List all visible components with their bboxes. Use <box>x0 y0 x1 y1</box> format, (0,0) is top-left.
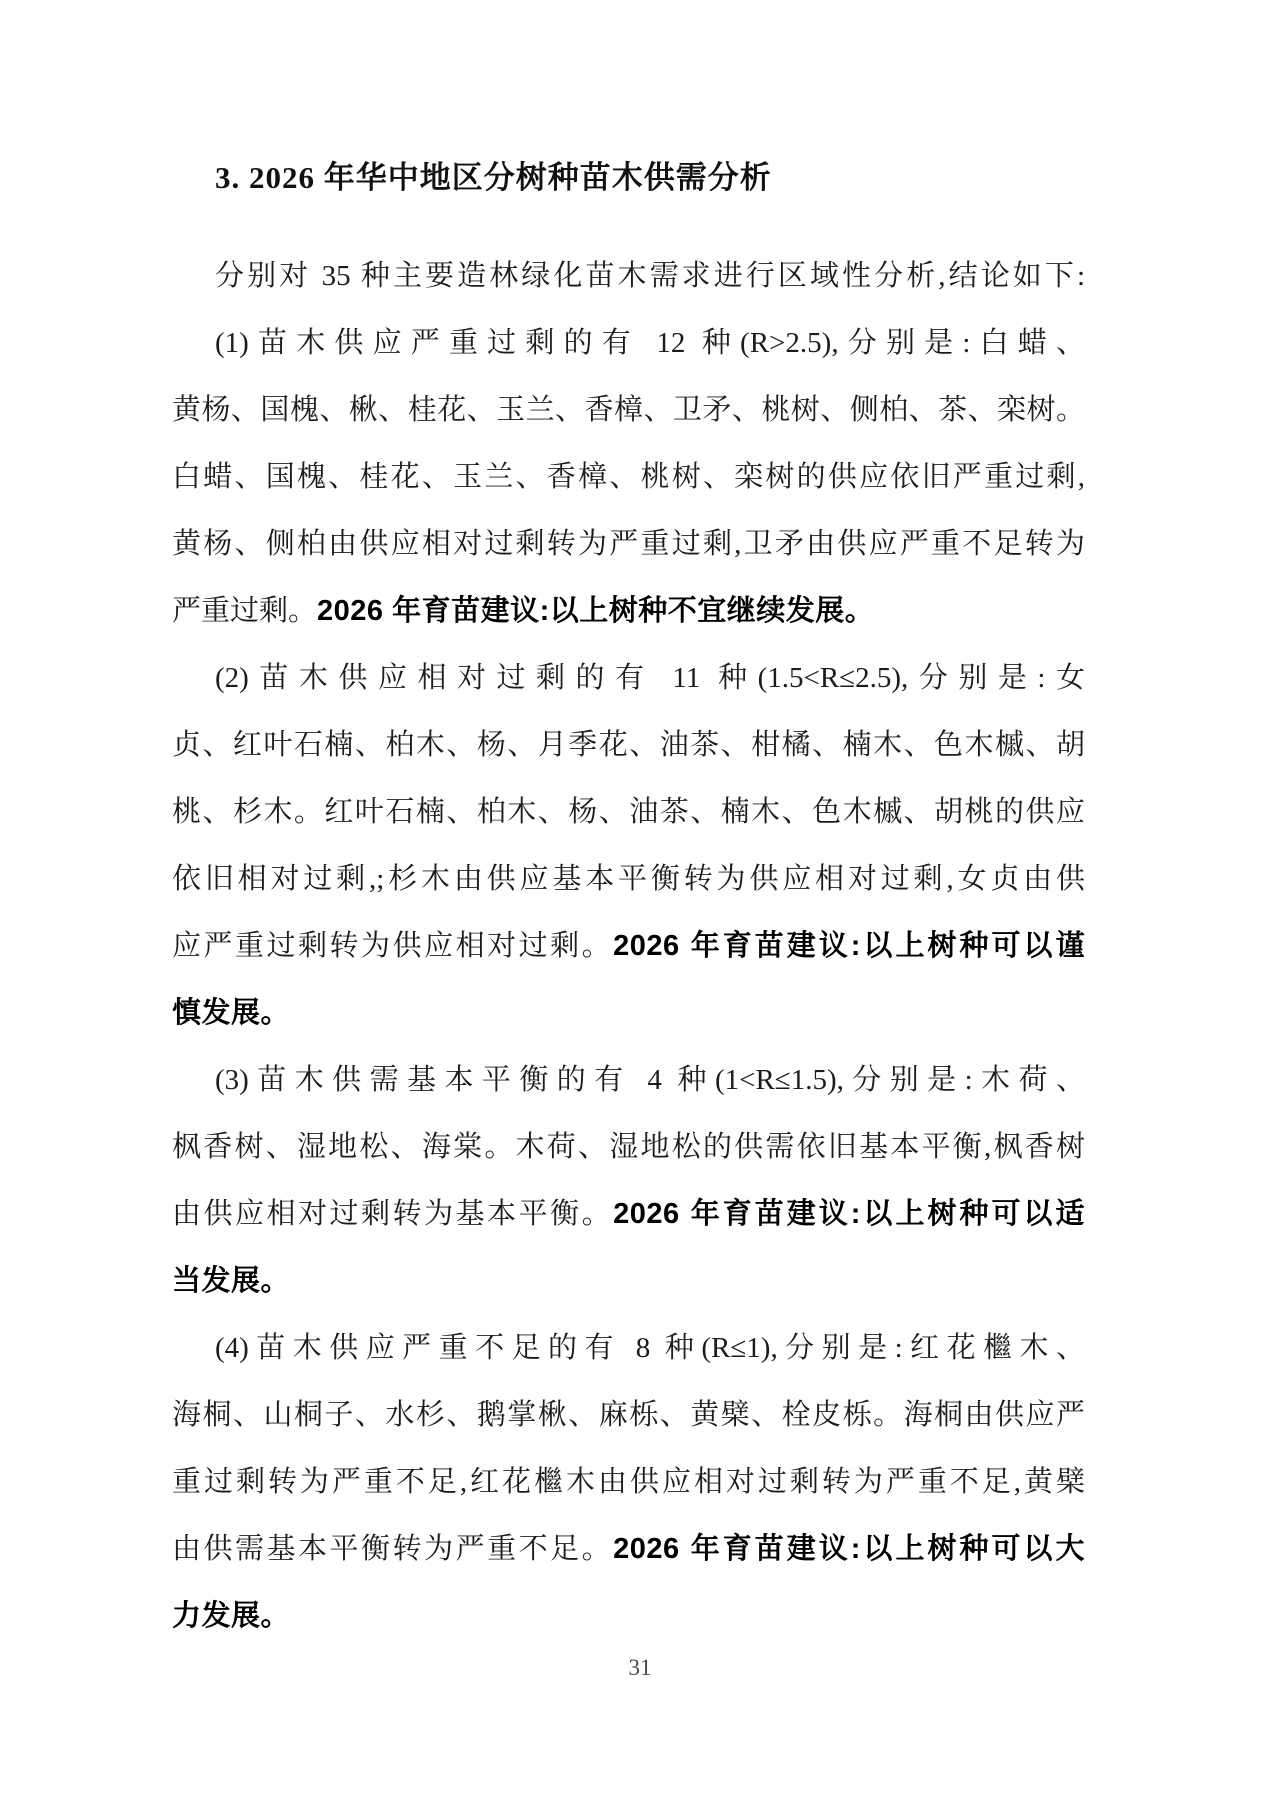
text-line: 慎发展。 <box>172 980 1085 1047</box>
body-text: 依旧相对过剩,;杉木由供应基本平衡转为供应相对过剩,女贞由供 <box>172 863 1085 895</box>
page-number: 31 <box>0 1655 1280 1681</box>
body-text: 由供应相对过剩转为基本平衡。 <box>172 1198 613 1230</box>
text-line: 当发展。 <box>172 1248 1085 1315</box>
recommendation-bold-text: 2026 年育苗建议:以上树种可以大 <box>613 1533 1085 1565</box>
recommendation-bold-text: 2026 年育苗建议:以上树种可以适 <box>613 1198 1085 1230</box>
text-line: (2)苗木供应相对过剩的有 11 种(1.5<R≤2.5),分别是:女 <box>172 645 1085 712</box>
text-line: 重过剩转为严重不足,红花檵木由供应相对过剩转为严重不足,黄檗 <box>172 1449 1085 1516</box>
body-text: (2)苗木供应相对过剩的有 11 种(1.5<R≤2.5),分别是:女 <box>215 662 1085 694</box>
text-line: 桃、杉木。红叶石楠、柏木、杨、油茶、楠木、色木槭、胡桃的供应 <box>172 779 1085 846</box>
document-page: 3. 2026 年华中地区分树种苗木供需分析 分别对 35 种主要造林绿化苗木需… <box>0 0 1280 1810</box>
recommendation-bold-text: 2026 年育苗建议:以上树种不宜继续发展。 <box>317 595 874 627</box>
body-text: 由供需基本平衡转为严重不足。 <box>172 1533 613 1565</box>
text-line: 黄杨、国槐、楸、桂花、玉兰、香樟、卫矛、桃树、侧柏、茶、栾树。 <box>172 377 1085 444</box>
recommendation-bold-text: 2026 年育苗建议:以上树种可以谨 <box>613 930 1085 962</box>
body-text: 应严重过剩转为供应相对过剩。 <box>172 930 613 962</box>
text-line: 贞、红叶石楠、柏木、杨、月季花、油茶、柑橘、楠木、色木槭、胡 <box>172 712 1085 779</box>
text-line: 力发展。 <box>172 1583 1085 1650</box>
body-text: 白蜡、国槐、桂花、玉兰、香樟、桃树、栾树的供应依旧严重过剩, <box>172 461 1085 493</box>
text-line: 应严重过剩转为供应相对过剩。2026 年育苗建议:以上树种可以谨 <box>172 913 1085 980</box>
text-line: 枫香树、湿地松、海棠。木荷、湿地松的供需依旧基本平衡,枫香树 <box>172 1114 1085 1181</box>
body-text: (1)苗木供应严重过剩的有 12 种(R>2.5),分别是:白蜡、 <box>215 327 1085 359</box>
body-text: 海桐、山桐子、水杉、鹅掌楸、麻栎、黄檗、栓皮栎。海桐由供应严 <box>172 1399 1085 1431</box>
body-text: 严重过剩。 <box>172 595 317 627</box>
text-line: 黄杨、侧柏由供应相对过剩转为严重过剩,卫矛由供应严重不足转为 <box>172 511 1085 578</box>
section-heading: 3. 2026 年华中地区分树种苗木供需分析 <box>172 156 1085 200</box>
text-line: 海桐、山桐子、水杉、鹅掌楸、麻栎、黄檗、栓皮栎。海桐由供应严 <box>172 1382 1085 1449</box>
text-line: (1)苗木供应严重过剩的有 12 种(R>2.5),分别是:白蜡、 <box>172 310 1085 377</box>
text-line: 由供需基本平衡转为严重不足。2026 年育苗建议:以上树种可以大 <box>172 1516 1085 1583</box>
recommendation-bold-text: 当发展。 <box>172 1265 290 1297</box>
text-line: 依旧相对过剩,;杉木由供应基本平衡转为供应相对过剩,女贞由供 <box>172 846 1085 913</box>
text-line: (4)苗木供应严重不足的有 8 种(R≤1),分别是:红花檵木、 <box>172 1315 1085 1382</box>
body-text: 分别对 35 种主要造林绿化苗木需求进行区域性分析,结论如下: <box>215 260 1085 292</box>
text-line: (3)苗木供需基本平衡的有 4 种(1<R≤1.5),分别是:木荷、 <box>172 1047 1085 1114</box>
body-text: 重过剩转为严重不足,红花檵木由供应相对过剩转为严重不足,黄檗 <box>172 1466 1085 1498</box>
text-line: 严重过剩。2026 年育苗建议:以上树种不宜继续发展。 <box>172 578 1085 645</box>
text-line: 白蜡、国槐、桂花、玉兰、香樟、桃树、栾树的供应依旧严重过剩, <box>172 444 1085 511</box>
recommendation-bold-text: 慎发展。 <box>172 997 290 1029</box>
body-text: 黄杨、侧柏由供应相对过剩转为严重过剩,卫矛由供应严重不足转为 <box>172 528 1085 560</box>
body-text: 贞、红叶石楠、柏木、杨、月季花、油茶、柑橘、楠木、色木槭、胡 <box>172 729 1085 761</box>
text-line: 由供应相对过剩转为基本平衡。2026 年育苗建议:以上树种可以适 <box>172 1181 1085 1248</box>
text-line: 分别对 35 种主要造林绿化苗木需求进行区域性分析,结论如下: <box>172 243 1085 310</box>
body-text: 枫香树、湿地松、海棠。木荷、湿地松的供需依旧基本平衡,枫香树 <box>172 1131 1085 1163</box>
body-text: 黄杨、国槐、楸、桂花、玉兰、香樟、卫矛、桃树、侧柏、茶、栾树。 <box>172 394 1085 426</box>
body-text: 桃、杉木。红叶石楠、柏木、杨、油茶、楠木、色木槭、胡桃的供应 <box>172 796 1085 828</box>
body-text: (4)苗木供应严重不足的有 8 种(R≤1),分别是:红花檵木、 <box>215 1332 1085 1364</box>
recommendation-bold-text: 力发展。 <box>172 1600 290 1632</box>
body-text: (3)苗木供需基本平衡的有 4 种(1<R≤1.5),分别是:木荷、 <box>215 1064 1085 1096</box>
document-body: 分别对 35 种主要造林绿化苗木需求进行区域性分析,结论如下:(1)苗木供应严重… <box>172 243 1085 1650</box>
